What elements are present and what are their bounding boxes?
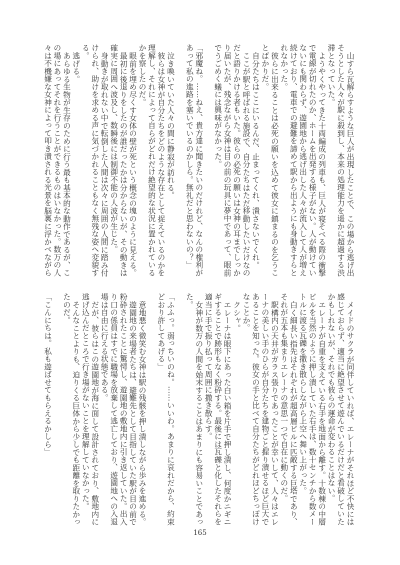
- paragraph: 女神が数万の人間を始末することはあまりにも容易いことであった。: [185, 293, 204, 529]
- upper-text-block: 山すら瓦解らすような巨人が出現したことで、この場から逃げ出そうとした人々が駅に殺…: [43, 44, 355, 280]
- paragraph: 彼らに出来ることは必死の願いを込めて彼女に鎮まるのを乞うことばかりだ。: [260, 44, 279, 280]
- dialogue-line: 「ふふっ。弱っちいのね。……いいわ。あまりに哀れだから、約束どおり許してあげる」: [156, 293, 175, 529]
- dialogue-line: 「邪魔ね。……ねえ、貴方達に聞きたいのだけれど、なんの権利があって私の進路を塞い…: [185, 44, 204, 280]
- paragraph: 彼らは女神が自分たちをどのような存在として捉えているのかを理解し、それによって自…: [138, 44, 166, 280]
- dialogue-line: 「こんにちは。私も遊ばせてもらえるかしら」: [43, 293, 52, 529]
- page-number: 165: [190, 529, 210, 537]
- paragraph: 山すら瓦解らすような巨人が出現したことで、この場から逃げ出そうとした人々が駅に殺…: [327, 44, 355, 280]
- paragraph: 遊園地の来場者たちは、避難先として目指していた駅が目の前で粉砕されたことに驚愕し…: [100, 293, 138, 529]
- paragraph: メイドのサクラが同伴していれば、エレーナがそれほど不快には感じておらず、適当に絶…: [327, 293, 355, 529]
- paragraph: 眼前を埋め尽くす女体の壁が死という概念の塊のように見える。: [128, 44, 137, 280]
- blank-line: [175, 44, 184, 280]
- paragraph: 泣き喚いていた人々の間に静寂が訪れる。: [166, 44, 175, 280]
- blank-line: [53, 293, 62, 529]
- book-page: 山すら瓦解らすような巨人が出現したことで、この場から逃げ出そうとした人々が駅に殺…: [0, 0, 400, 565]
- paragraph: 身動きが取れない中で転倒した人間は次々に周囲の人間に踏み付けられ、助けを求める声…: [81, 44, 109, 280]
- paragraph: エレーナは眼下にあった白い箱を片手で押し潰し、何度かニギニギすることで跡形もなく…: [204, 293, 232, 529]
- paragraph: そんなことよりも、迫りくる巨体から少しでも距離を取りたかったのだ。: [62, 293, 81, 529]
- blank-line: [147, 293, 156, 529]
- paragraph: エレーナが自重を支えている右手を地面から離す。十数棟の中層ビルを当然のように押し…: [298, 293, 326, 529]
- paragraph: ここが駅と呼ばれる施設で、自分たちはただ移動したいだけなのだと語りかける者もいた…: [213, 44, 251, 280]
- lower-text-block: メイドのサクラが同伴していれば、エレーナがそれほど不快には感じておらず、適当に絶…: [43, 293, 355, 529]
- paragraph: クシャ。: [232, 293, 241, 529]
- paragraph: 駅構内の天井がガラス張りであったことが幸いして、人々はエレーナの美しい手のひらが…: [242, 293, 280, 529]
- paragraph: 逃げる。: [71, 44, 80, 280]
- blank-line: [204, 44, 213, 280]
- paragraph: 白く細長い指先はそれぞれが超高層ビルに匹敵する巨塔であり、それが五本も集まりエレ…: [279, 293, 298, 529]
- paragraph: あらゆる生物が生存のために行う最も基本的な動作であるが、この場にあってそれを行う…: [43, 44, 71, 280]
- paragraph: 意地悪く微笑む女神は駅の残骸を押し潰しながら歩みを進める。: [138, 293, 147, 529]
- paragraph: 最初に後退りをしたのが誰だったかは分からないが、その動きは確実に周囲へ波及し、数…: [109, 44, 128, 280]
- paragraph: 自分たちはここにいるんだ、止まってくれ、潰さないでくれ。: [251, 44, 260, 280]
- blank-line: [175, 293, 184, 529]
- paragraph: だが、彼らはこの遊園地が海に面して設計されており、敷地内に逃げ込んだところで行き…: [81, 293, 100, 529]
- paragraph: ようやくやってきた十両編成の列車も、巨人が寝そべる際の衝撃で電線が切れたのか、ホ…: [279, 44, 326, 280]
